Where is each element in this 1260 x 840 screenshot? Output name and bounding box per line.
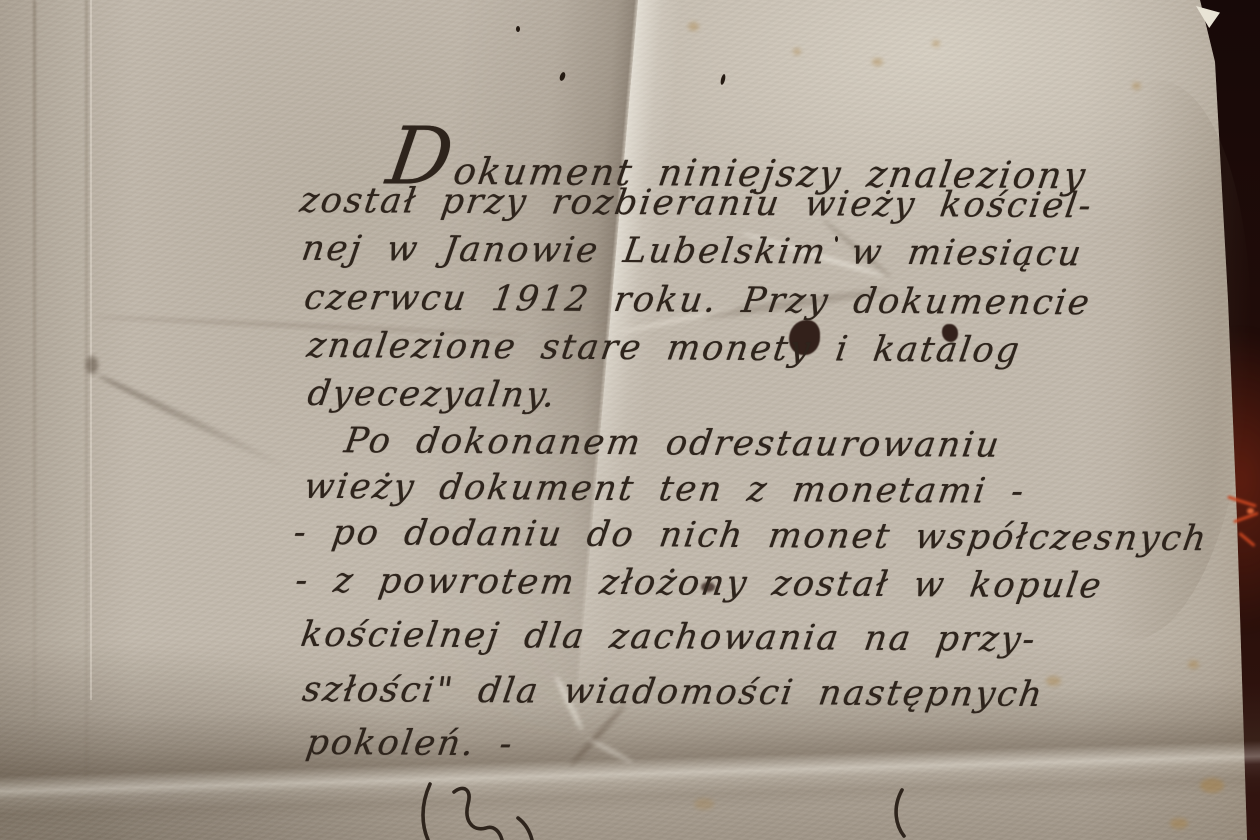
text-line: dyecezyalny. <box>305 374 560 416</box>
left-fold-line <box>33 0 36 720</box>
text-line: - z powrotem złożony został w kopule <box>293 561 1106 607</box>
text-line: szłości" dla wiadomości następnych <box>300 670 1047 715</box>
text-line: znalezione stare monety i katalog <box>304 326 1023 371</box>
red-fiber <box>1247 508 1254 514</box>
text-line: - po dodaniu do nich monet współczesnych <box>291 513 1211 559</box>
text-line: wieży dokument ten z monetami - <box>301 467 1028 512</box>
text-line: nej w Janowie Lubelskim w miesiącu <box>299 229 1086 274</box>
text-line: Po dokonanem odrestaurowaniu <box>342 421 1004 466</box>
left-fold-highlight <box>90 0 92 700</box>
text-line: został przy rozbieraniu wieży kościel- <box>297 181 1095 226</box>
handwritten-text-block: Dokument niniejszy znaleziony został prz… <box>289 0 1225 840</box>
photo-of-document: Dokument niniejszy znaleziony został prz… <box>0 0 1260 840</box>
text-line: kościelnej dla zachowania na przy- <box>298 615 1039 660</box>
text-line: pokoleń. - <box>304 723 517 764</box>
left-fold-line <box>85 0 88 780</box>
crease-pinch <box>86 356 98 374</box>
text-line: czerwcu 1912 roku. Przy dokumencie <box>302 278 1094 323</box>
signature-fragment-strokes <box>390 778 950 840</box>
